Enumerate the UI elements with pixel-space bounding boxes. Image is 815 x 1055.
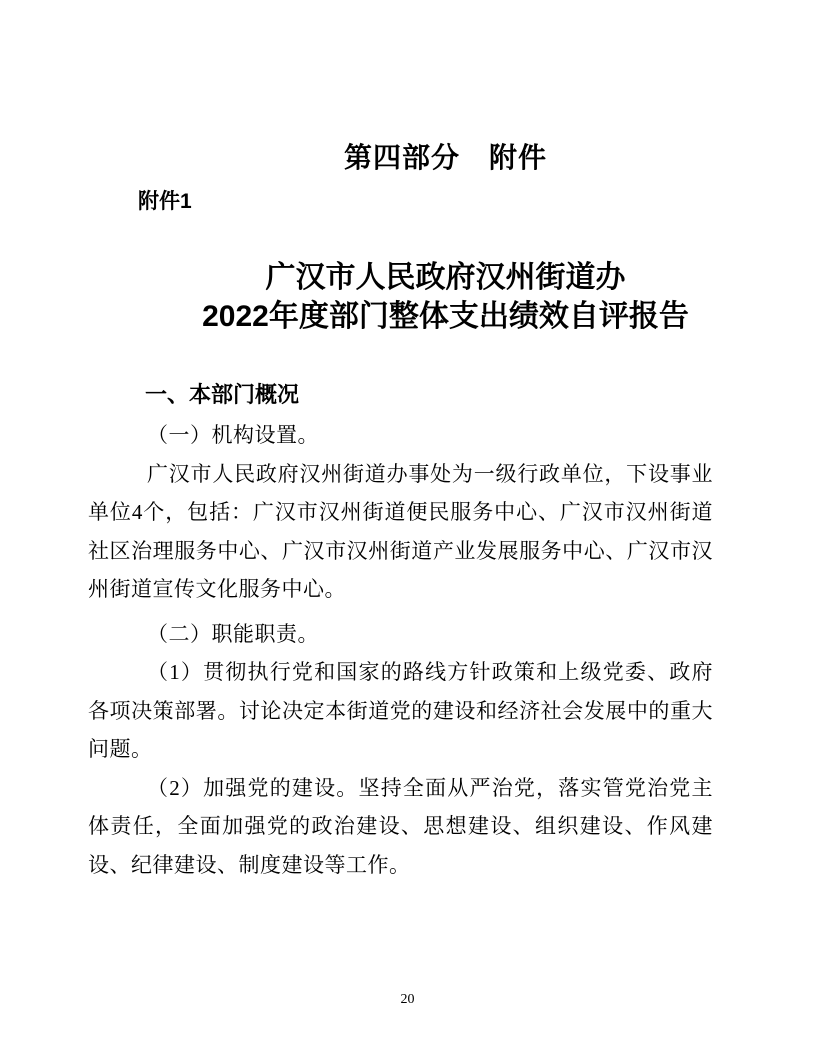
paragraph-duty-1: （1）贯彻执行党和国家的路线方针政策和上级党委、政府各项决策部署。讨论决定本街道…	[88, 653, 713, 769]
document-page: 第四部分 附件 附件1 广汉市人民政府汉州街道办 2022年度部门整体支出绩效自…	[0, 0, 815, 1055]
sub-heading-duties: （二）职能职责。	[88, 615, 713, 654]
paragraph-org-setup: 广汉市人民政府汉州街道办事处为一级行政单位，下设事业单位4个，包括：广汉市汉州街…	[88, 455, 713, 609]
paragraph-duty-2: （2）加强党的建设。坚持全面从严治党，落实管党治党主体责任，全面加强党的政治建设…	[88, 769, 713, 885]
document-title-line-1: 广汉市人民政府汉州街道办	[178, 258, 713, 297]
page-number: 20	[0, 991, 815, 1009]
document-title-line-2: 2022年度部门整体支出绩效自评报告	[178, 297, 713, 336]
sub-heading-org-setup: （一）机构设置。	[88, 416, 713, 455]
section-heading: 第四部分 附件	[88, 0, 713, 176]
document-body: （一）机构设置。 广汉市人民政府汉州街道办事处为一级行政单位，下设事业单位4个，…	[88, 416, 713, 884]
document-title: 广汉市人民政府汉州街道办 2022年度部门整体支出绩效自评报告	[88, 258, 713, 336]
heading-department-overview: 一、本部门概况	[88, 380, 713, 410]
attachment-label: 附件1	[88, 188, 713, 216]
